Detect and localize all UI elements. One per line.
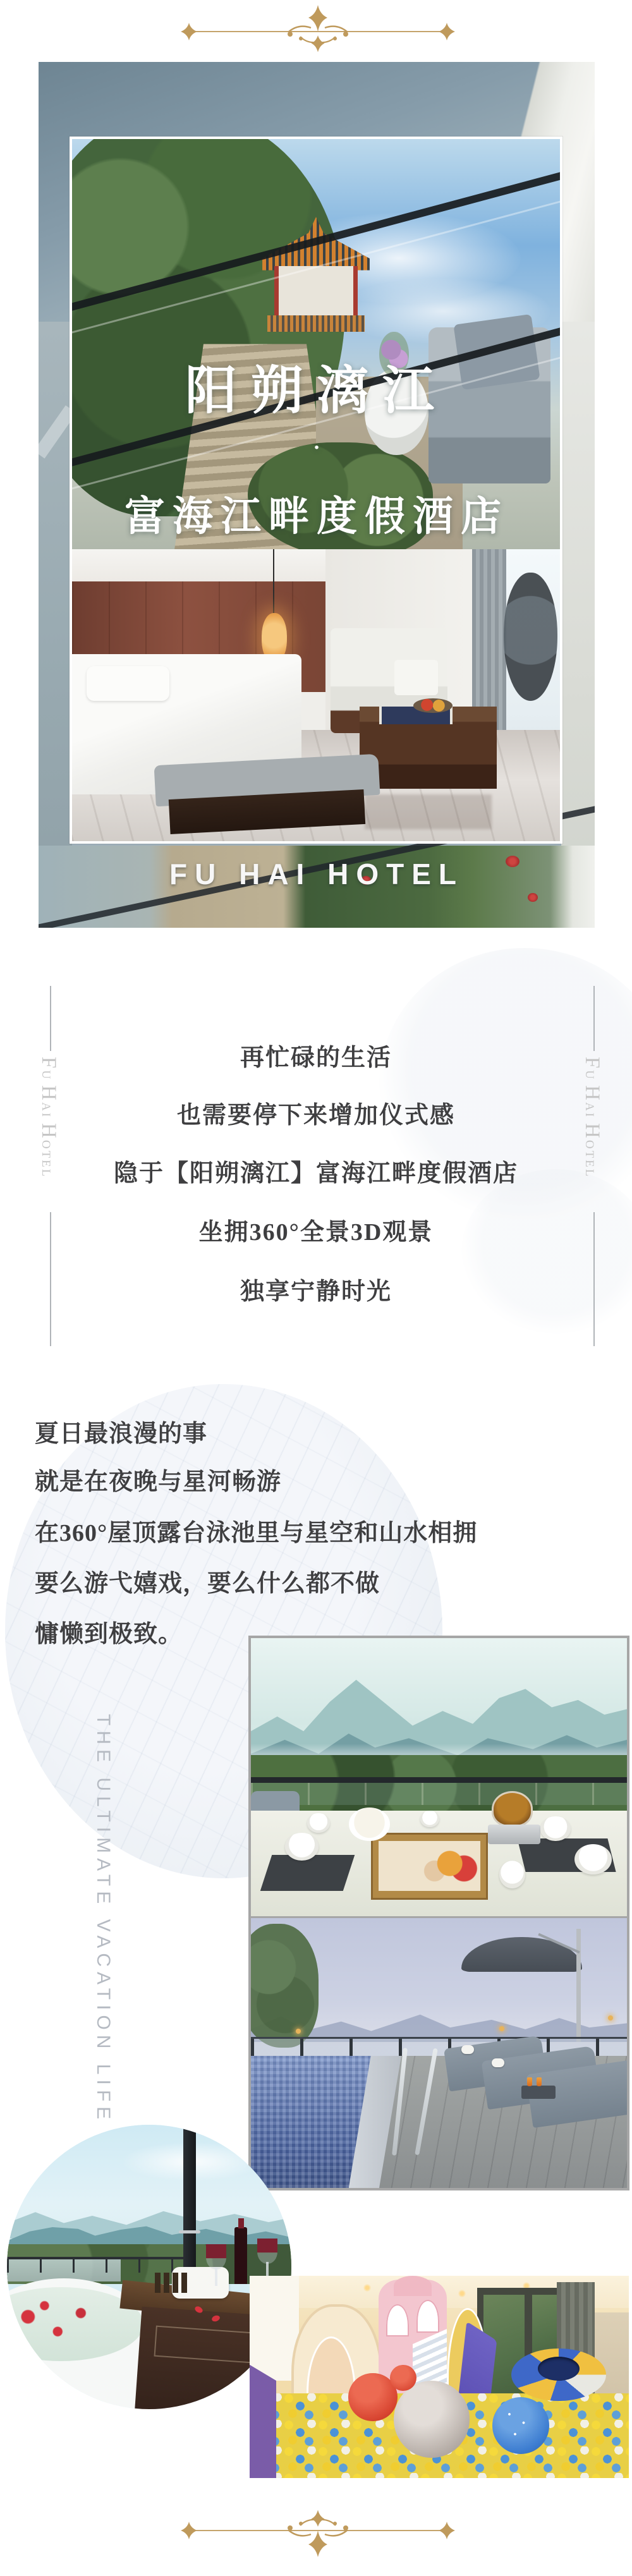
hero-subtitle-latin: FU HAI HOTEL [39, 857, 595, 891]
rooftop-pool-photo [251, 1918, 627, 2188]
noodle-bowl [349, 1807, 390, 1841]
glass-balustrade [251, 1783, 627, 1805]
patio-umbrella [461, 1937, 581, 1972]
lamp-cord [273, 549, 274, 619]
hero-title-separator: · [39, 436, 595, 460]
hotel-promo-poster: 阳朔漓江 · 富海江畔度假酒店 FU HAI HOTEL FU HAI HOTE… [0, 0, 632, 2576]
hero-photo-collage: 阳朔漓江 · 富海江畔度假酒店 FU HAI HOTEL [39, 62, 595, 928]
juice-glass [527, 2077, 532, 2086]
vertical-caption: THE ULTIMATE VACATION LIFE [92, 1714, 114, 2124]
pagoda-base-roof [267, 315, 365, 332]
bowl [540, 1816, 571, 1842]
juice-glass [537, 2077, 542, 2086]
bathtub-circle-photo [7, 2125, 291, 2409]
intro-line: 坐拥360°全景3D观景 [0, 1212, 632, 1247]
soup-bowl [574, 1844, 612, 1874]
small-red-ball [390, 2365, 416, 2391]
hero-title-line2: 富海江畔度假酒店 [39, 484, 595, 542]
hero-title-line1: 阳朔漓江 [39, 349, 595, 423]
fruit-plate [413, 698, 453, 713]
intro-line: 独享宁静时光 [0, 1272, 632, 1306]
wine-glass [206, 2244, 226, 2290]
silver-ball [394, 2381, 470, 2458]
rolled-towel [492, 2058, 504, 2067]
terrace-dining-photo [251, 1638, 627, 1916]
floor-reflection [365, 794, 492, 829]
rolled-towel [461, 2045, 474, 2054]
tray-food [379, 1841, 480, 1891]
kids-playroom-photo [250, 2276, 629, 2478]
pillow [87, 666, 169, 701]
tower-roof [394, 2276, 432, 2296]
portable-stove [488, 1825, 540, 1844]
glass-cup [499, 1861, 526, 1888]
summer-line: 慵懒到极致。 [35, 1614, 183, 1649]
post-lamp [499, 2026, 504, 2031]
tree [251, 1924, 319, 2048]
cup [420, 1811, 439, 1827]
summer-line: 在360°屋顶露台泳池里与星空和山水相拥 [35, 1513, 477, 1548]
ornament-divider-bottom-icon [179, 2505, 457, 2558]
railing-posts [7, 2259, 189, 2273]
bowl [285, 1833, 319, 1861]
balcony-handrail [251, 1777, 627, 1783]
blue-spike-ball [492, 2397, 549, 2454]
photo-frame [248, 1636, 629, 2190]
cup [307, 1813, 330, 1833]
summer-line: 就是在夜晚与星河畅游 [35, 1462, 281, 1497]
ceiling-light [363, 2284, 371, 2292]
umbrella-pole [576, 1929, 581, 2042]
sofa-pillow [394, 660, 438, 695]
purple-mat [250, 2365, 276, 2478]
summer-line: 要么游弋嬉戏，要么什么都不做 [35, 1564, 380, 1598]
intro-line: 再忙碌的生活 [0, 1038, 632, 1072]
hanging-egg-chair [504, 573, 557, 701]
drink-table [521, 2086, 556, 2099]
post-lamp [608, 2015, 613, 2020]
ornament-divider-top-icon [179, 4, 457, 57]
summer-line: 夏日最浪漫的事 [35, 1414, 207, 1449]
amenity-bottles [155, 2273, 189, 2293]
hotpot [492, 1791, 533, 1827]
intro-line: 隐于【阳朔漓江】富海江畔度假酒店 [0, 1153, 632, 1188]
bedroom-scene [72, 549, 560, 841]
door-handle [179, 2230, 200, 2233]
intro-line: 也需要停下来增加仪式感 [0, 1095, 632, 1130]
placemat [260, 1855, 355, 1891]
trampoline-center [538, 2357, 580, 2381]
wine-bottle [234, 2227, 247, 2284]
